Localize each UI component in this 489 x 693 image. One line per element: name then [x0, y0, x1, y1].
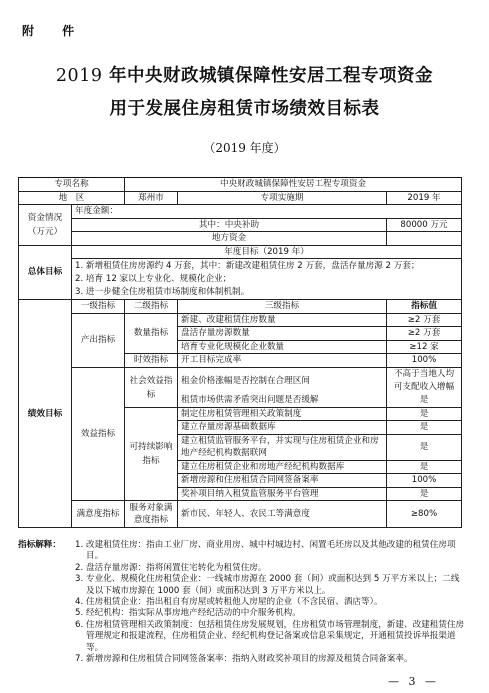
overall-goals-cell: 1. 新增租赁住房房源约 4 万套，其中：新建改建租赁住房 2 万套，盘活存量房… [72, 259, 462, 300]
indicator-value: ≥2 万套 [387, 327, 462, 341]
row-annual-goal-header: 总体目标 年度目标（2019 年） [19, 245, 462, 259]
performance-target-table: 专项名称 中央财政城镇保障性安居工程专项资金 地 区 郑州市 专项实施期 201… [18, 177, 462, 528]
indicator-name: 新建、改建租赁住房数量 [178, 313, 387, 327]
col-header-level3: 三级指标 [178, 300, 387, 314]
title-line1-text: 年中央财政城镇保障性安居工程专项资金 [102, 66, 433, 86]
indicator-name: 奖补项目纳入租赁监管服务平台管理 [178, 487, 387, 501]
region-value: 郑州市 [125, 191, 178, 205]
title-year: 2019 [56, 66, 103, 86]
indicator-value: 是 [387, 487, 462, 501]
row-column-headers: 绩效目标 一级指标 二级指标 三级指标 指标值 [19, 300, 462, 314]
indicator-name: 租金价格涨幅是否控制在合理区间 [178, 367, 387, 394]
table-row: 产出指标 数量指标 新建、改建租赁住房数量 ≥2 万套 [19, 313, 462, 327]
overall-goal-label: 总体目标 [19, 245, 72, 300]
annual-amount-label: 年度金额： [72, 205, 462, 219]
period-label: 专项实施期 [178, 191, 387, 205]
note-item: 1.改建租赁住房：指由工业厂房、商业用房、城中村城边村、闲置毛坯房以及其他改建的… [18, 540, 468, 563]
document-title-line1: 2019 年中央财政城镇保障性安居工程专项资金 [0, 62, 489, 87]
note-item: 3.专业化、规模化住房租赁企业：一线城市房源在 2000 套（间）或面积达到 5… [18, 574, 468, 597]
indicator-name: 新市民、年轻人、农民工等满意度 [178, 501, 387, 528]
overall-goal-item: 2. 培育 12 家以上专业化、规模化企业； [75, 273, 458, 286]
sustain-indicator-label: 可持续影响指标 [125, 407, 178, 501]
indicator-value: 100% [387, 354, 462, 368]
benefit-indicator-label: 效益指标 [72, 367, 125, 501]
note-item: 6.住房租赁管理相关政策制度：包括租赁住房发展规划，住房租赁市场管理制度，新建、… [18, 620, 468, 654]
project-name-value: 中央财政城镇保障性安居工程专项资金 [125, 178, 462, 192]
indicator-name: 租赁市场供需矛盾突出问题是否缓解 [178, 394, 387, 407]
col-header-value: 指标值 [387, 300, 462, 314]
page-number: — 3 — [388, 675, 439, 688]
project-name-label: 专项名称 [19, 178, 125, 192]
table-row: 满意度指标 服务对象满意度指标 新市民、年轻人、农民工等满意度 ≥80% [19, 501, 462, 528]
period-value: 2019 年 [387, 191, 462, 205]
indicator-value: 不高于当地人均可支配收入增幅 是 [387, 367, 462, 407]
indicator-value: 是 [387, 407, 462, 421]
indicator-value: ≥2 万套 [387, 313, 462, 327]
note-item: 2.盘活存量房源：指将闲置住宅转化为租赁住房。 [18, 563, 468, 574]
document-subtitle: （2019 年度） [0, 139, 489, 156]
region-label: 地 区 [19, 191, 125, 205]
col-header-level2: 二级指标 [125, 300, 178, 314]
indicator-name: 开工目标完成率 [178, 354, 387, 368]
indicator-value: 是 [387, 421, 462, 435]
note-item: 5.经纪机构：指实际从事房地产经纪活动的中介服务机构。 [18, 608, 468, 619]
indicator-name: 制定住房租赁管理相关政策制度 [178, 407, 387, 421]
indicator-name: 盘活存量房源数量 [178, 327, 387, 341]
local-funds-value [387, 232, 462, 246]
indicator-name: 建立存量房源基础数据库 [178, 421, 387, 435]
indicator-name: 新增房源和住房租赁合同网签备案率 [178, 474, 387, 488]
indicator-notes: 指标解释： 1.改建租赁住房：指由工业厂房、商业用房、城中村城边村、闲置毛坯房以… [18, 540, 468, 665]
attachment-label: 附 件 [22, 22, 86, 39]
col-header-level1: 一级指标 [72, 300, 125, 314]
overall-goal-item: 3. 进一步健全住房租赁市场制度和体制机制。 [75, 286, 458, 299]
funds-label: 资金情况（万元） [19, 205, 72, 246]
annual-goal-header: 年度目标（2019 年） [72, 245, 462, 259]
indicator-value: 是 [387, 434, 462, 460]
row-central-subsidy: 其中：中央补助 80000 万元 [19, 218, 462, 232]
social-value-text: 不高于当地人均可支配收入增幅 [390, 368, 458, 394]
central-subsidy-value: 80000 万元 [387, 218, 462, 232]
perf-goal-label: 绩效目标 [19, 300, 72, 528]
row-annual-amount: 资金情况（万元） 年度金额： [19, 205, 462, 219]
overall-goal-item: 1. 新增租赁住房房源约 4 万套，其中：新建改建租赁住房 2 万套，盘活存量房… [75, 260, 458, 273]
timeliness-indicator-label: 时效指标 [125, 354, 178, 368]
social-benefit-label: 社会效益指标 [125, 367, 178, 407]
indicator-value: ≥12 家 [387, 340, 462, 354]
indicator-value: ≥80% [387, 501, 462, 528]
row-local-funds: 地方资金 [19, 232, 462, 246]
indicator-value: 是 [387, 460, 462, 474]
row-overall-goals: 1. 新增租赁住房房源约 4 万套，其中：新建改建租赁住房 2 万套，盘活存量房… [19, 259, 462, 300]
service-satisfaction-label: 服务对象满意度指标 [125, 501, 178, 528]
indicator-name: 建立住房租赁企业和房地产经纪机构数据库 [178, 460, 387, 474]
satisfaction-indicator-label: 满意度指标 [72, 501, 125, 528]
indicator-name: 建立租赁监管服务平台，并实现与住房租赁企业和房地产经纪机构数据联网 [178, 434, 387, 460]
document-title-line2: 用于发展住房租赁市场绩效目标表 [0, 95, 489, 120]
note-item: 4.住房租赁企业：指出租自有房屋或转租他人房屋的企业（不含民宿、酒店等）。 [18, 597, 468, 608]
indicator-value: 100% [387, 474, 462, 488]
social-value-text-2: 是 [390, 394, 458, 407]
row-region: 地 区 郑州市 专项实施期 2019 年 [19, 191, 462, 205]
note-item: 7.新增房源和住房租赁合同网签备案率：指纳入财政奖补项目的房源及租赁合同备案率。 [18, 654, 468, 665]
central-subsidy-label: 其中：中央补助 [72, 218, 387, 232]
output-indicator-label: 产出指标 [72, 313, 125, 367]
row-project-name: 专项名称 中央财政城镇保障性安居工程专项资金 [19, 178, 462, 192]
indicator-name: 培育专业化规模化企业数量 [178, 340, 387, 354]
local-funds-label: 地方资金 [72, 232, 387, 246]
quantity-indicator-label: 数量指标 [125, 313, 178, 354]
